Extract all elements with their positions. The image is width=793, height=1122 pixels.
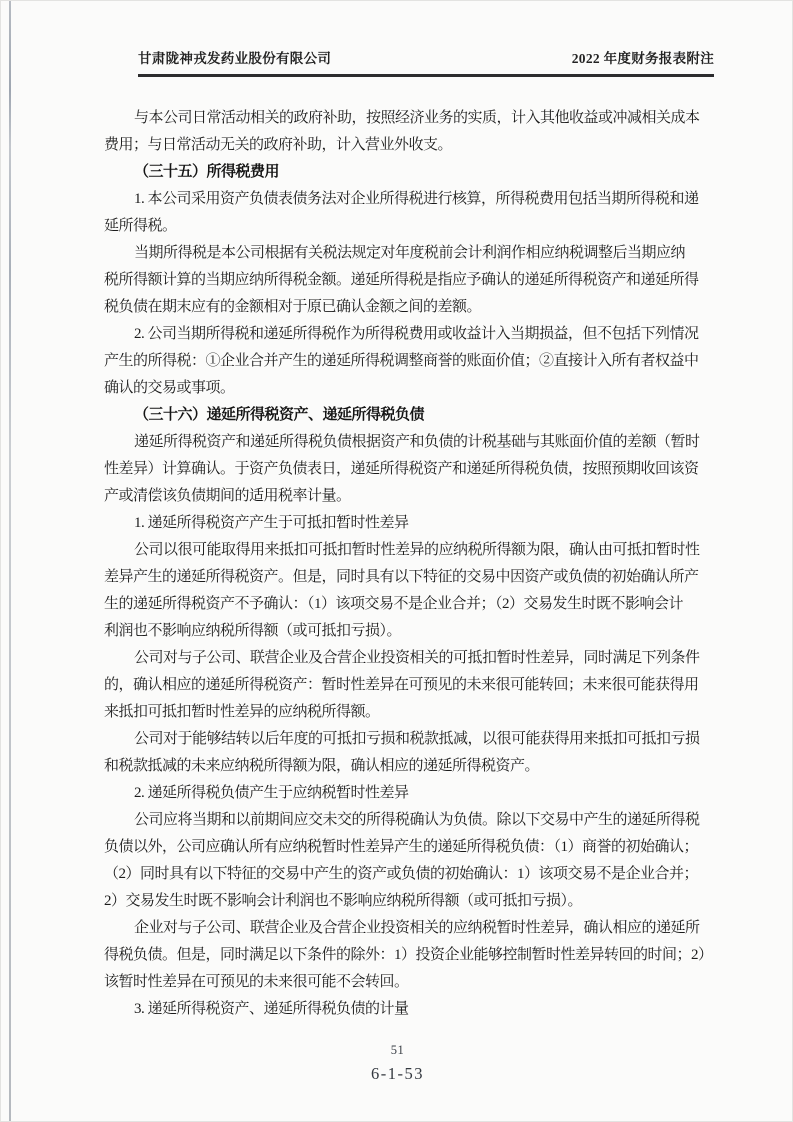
subheading-deferred-tax-measure: 3. 递延所得税资产、递延所得税负债的计量 xyxy=(104,996,716,1023)
paragraph-tax-expense-scope: 2. 公司当期所得税和递延所得税作为所得税费用或收益计入当期损益，但不包括下列情… xyxy=(104,321,716,402)
document-page-code: 6-1-53 xyxy=(1,1064,793,1084)
paragraph-government-grants: 与本公司日常活动相关的政府补助，按照经济业务的实质，计入其他收益或冲减相关成本 … xyxy=(104,105,716,159)
subheading-deferred-tax-liability: 2. 递延所得税负债产生于应纳税暂时性差异 xyxy=(104,780,716,807)
paragraph-income-tax-method: 1. 本公司采用资产负债表债务法对企业所得税进行核算，所得税费用包括当期所得税和… xyxy=(104,186,716,240)
paragraph-subsidiary-deductible: 公司对与子公司、联营企业及合营企业投资相关的可抵扣暂时性差异，同时满足下列条件 … xyxy=(104,645,716,726)
paragraph-subsidiary-taxable: 企业对与子公司、联营企业及合营企业投资相关的应纳税暂时性差异，确认相应的递延所 … xyxy=(104,915,716,996)
page-header: 甘肃陇神戎发药业股份有限公司 2022 年度财务报表附注 xyxy=(138,47,714,77)
document-body: 与本公司日常活动相关的政府补助，按照经济业务的实质，计入其他收益或冲减相关成本 … xyxy=(104,105,716,1023)
company-name: 甘肃陇神戎发药业股份有限公司 xyxy=(138,47,331,67)
heading-section-35-income-tax: （三十五）所得税费用 xyxy=(104,159,716,186)
report-title: 2022 年度财务报表附注 xyxy=(572,47,714,67)
paragraph-taxable-differences: 公司应将当期和以前期间应交未交的所得税确认为负债。除以下交易中产生的递延所得税 … xyxy=(104,807,716,915)
document-page: 甘肃陇神戎发药业股份有限公司 2022 年度财务报表附注 与本公司日常活动相关的… xyxy=(0,0,793,1122)
paragraph-deferred-tax-basis: 递延所得税资产和递延所得税负债根据资产和负债的计税基础与其账面价值的差额（暂时 … xyxy=(104,429,716,510)
subheading-deferred-tax-assets: 1. 递延所得税资产产生于可抵扣暂时性差异 xyxy=(104,510,716,537)
paragraph-current-income-tax: 当期所得税是本公司根据有关税法规定对年度税前会计利润作相应纳税调整后当期应纳 税… xyxy=(104,240,716,321)
scan-edge-artifact xyxy=(9,1,11,1122)
page-number: 51 xyxy=(1,1043,793,1058)
paragraph-deductible-differences: 公司以很可能取得用来抵扣可抵扣暂时性差异的应纳税所得额为限，确认由可抵扣暂时性 … xyxy=(104,537,716,645)
paragraph-carryforward-losses: 公司对于能够结转以后年度的可抵扣亏损和税款抵减，以很可能获得用来抵扣可抵扣亏损 … xyxy=(104,726,716,780)
heading-section-36-deferred-tax: （三十六）递延所得税资产、递延所得税负债 xyxy=(104,402,716,429)
